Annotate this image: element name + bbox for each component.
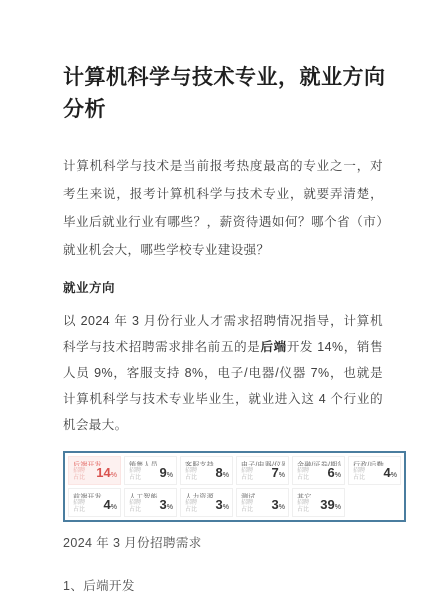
metric-label: 招聘占比 [185,500,197,514]
metric-value: 4% [104,498,117,514]
job-category-metric: 招聘占比3% [241,498,285,514]
metric-value: 9% [160,466,173,482]
stats-text-bold: 后端 [260,340,286,354]
job-category-cell: 后端开发招聘占比14% [68,456,121,485]
job-category-cell: 前端开发招聘占比4% [68,488,121,517]
metric-value: 3% [216,498,229,514]
article-page: 计算机科学与技术专业，就业方向分析 计算机科学与技术是当前报考热度最高的专业之一… [0,0,424,600]
job-category-metric: 招聘占比6% [297,466,341,482]
metric-label: 招聘占比 [241,468,253,482]
job-category-metric: 招聘占比3% [185,498,229,514]
job-category-cell: 行政/后勤招聘占比4% [348,456,401,485]
recruitment-demand-table: 后端开发招聘占比14%销售人员招聘占比9%客服支持招聘占比8%电子/电器/仪器.… [63,451,406,522]
metric-label: 招聘占比 [129,468,141,482]
stats-paragraph: 以 2024 年 3 月份行业人才需求招聘情况指导，计算机科学与技术招聘需求排名… [63,308,383,438]
job-category-cell: 测试招聘占比3% [236,488,289,517]
list-item-backend-development: 1、后端开发 [63,576,406,594]
metric-label: 招聘占比 [297,468,309,482]
job-category-metric: 招聘占比3% [129,498,173,514]
job-category-cell: 人工智能招聘占比3% [124,488,177,517]
metric-label: 招聘占比 [73,500,85,514]
metric-value: 4% [384,466,397,482]
metric-label: 招聘占比 [185,468,197,482]
metric-value: 3% [272,498,285,514]
job-category-cell: 人力资源招聘占比3% [180,488,233,517]
metric-label: 招聘占比 [241,500,253,514]
job-category-metric: 招聘占比4% [353,466,397,482]
job-category-metric: 招聘占比4% [73,498,117,514]
job-category-cell: 客服支持招聘占比8% [180,456,233,485]
metric-value: 14% [96,466,117,482]
intro-paragraph: 计算机科学与技术是当前报考热度最高的专业之一，对考生来说，报考计算机科学与技术专… [63,152,383,264]
job-category-metric: 招聘占比14% [73,466,117,482]
metric-label: 招聘占比 [297,500,309,514]
job-category-cell: 电子/电器/仪器...招聘占比7% [236,456,289,485]
job-category-cell: 金融/证券/期货招聘占比6% [292,456,345,485]
metric-value: 39% [320,498,341,514]
section-heading-employment-direction: 就业方向 [63,278,406,296]
job-category-metric: 招聘占比9% [129,466,173,482]
job-category-cell: 其它招聘占比39% [292,488,345,517]
table-caption: 2024 年 3 月份招聘需求 [63,533,406,551]
article-title: 计算机科学与技术专业，就业方向分析 [63,62,393,126]
metric-value: 3% [160,498,173,514]
job-category-metric: 招聘占比8% [185,466,229,482]
metric-label: 招聘占比 [353,468,365,482]
job-category-cell: 销售人员招聘占比9% [124,456,177,485]
metric-label: 招聘占比 [129,500,141,514]
metric-value: 8% [216,466,229,482]
metric-value: 7% [272,466,285,482]
metric-label: 招聘占比 [73,468,85,482]
job-category-metric: 招聘占比39% [297,498,341,514]
metric-value: 6% [328,466,341,482]
job-category-metric: 招聘占比7% [241,466,285,482]
empty-cell [348,488,401,517]
